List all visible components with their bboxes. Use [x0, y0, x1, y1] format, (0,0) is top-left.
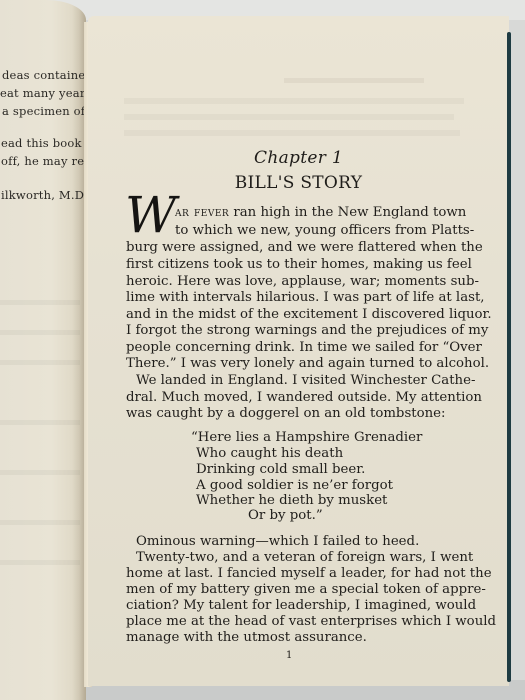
- body-line: manage with the utmost assurance.: [126, 630, 452, 646]
- body-line: ar fever ran high in the New England tow…: [175, 205, 452, 221]
- body-line: ciation? My talent for leadership, I ima…: [126, 598, 452, 614]
- show-through-text: [0, 360, 80, 365]
- body-line: first citizens took us to their homes, m…: [126, 257, 452, 273]
- show-through-text: [0, 420, 80, 425]
- show-through-text: [0, 560, 80, 565]
- body-line: dral. Much moved, I wandered outside. My…: [126, 390, 452, 406]
- body-line: lime with intervals hilarious. I was par…: [126, 290, 452, 306]
- body-line: I forgot the strong warnings and the pre…: [126, 323, 452, 339]
- verse-line: Who caught his death: [196, 446, 343, 461]
- body-line: place me at the head of vast enterprises…: [126, 614, 452, 630]
- show-through-text: [124, 114, 454, 120]
- verse-line: Whether he dieth by musket: [196, 493, 387, 508]
- body-line: home at last. I fancied myself a leader,…: [126, 566, 452, 582]
- body-line: and in the midst of the excitement I dis…: [126, 307, 452, 323]
- show-through-text: [0, 300, 80, 305]
- show-through-text: [0, 520, 80, 525]
- show-through-text: [0, 470, 80, 475]
- chapter-label: Chapter 1: [88, 148, 509, 168]
- body-line: people concerning drink. In time we sail…: [126, 340, 452, 356]
- show-through-text: [124, 98, 464, 104]
- body-line: was caught by a doggerel on an old tombs…: [126, 406, 452, 422]
- body-line: men of my battery given me a special tok…: [126, 582, 452, 598]
- body-line: Ominous warning—which I failed to heed.: [136, 534, 452, 550]
- verse-line: Or by pot.”: [248, 508, 323, 523]
- verse-line: A good soldier is ne’er forgot: [196, 478, 393, 493]
- body-line: to which we new, young officers from Pla…: [175, 223, 452, 239]
- show-through-text: [124, 130, 460, 136]
- opening-smallcaps: ar fever: [175, 205, 229, 220]
- show-through-text: [0, 330, 80, 335]
- body-line: heroic. Here was love, applause, war; mo…: [126, 274, 452, 290]
- body-line: There.” I was very lonely and again turn…: [126, 356, 452, 372]
- verse-line: “Here lies a Hampshire Grenadier: [191, 430, 422, 445]
- opening-rest: ran high in the New England town: [229, 205, 466, 220]
- page-number: 1: [286, 650, 292, 661]
- drop-cap: W: [125, 190, 176, 240]
- book-cover-edge: [507, 32, 511, 682]
- body-line: We landed in England. I visited Winchest…: [136, 373, 452, 389]
- verse-line: Drinking cold small beer.: [196, 462, 365, 477]
- show-through-running-head: [284, 78, 424, 83]
- body-line: Twenty-two, and a veteran of foreign war…: [136, 550, 452, 566]
- body-line: burg were assigned, and we were flattere…: [126, 240, 452, 256]
